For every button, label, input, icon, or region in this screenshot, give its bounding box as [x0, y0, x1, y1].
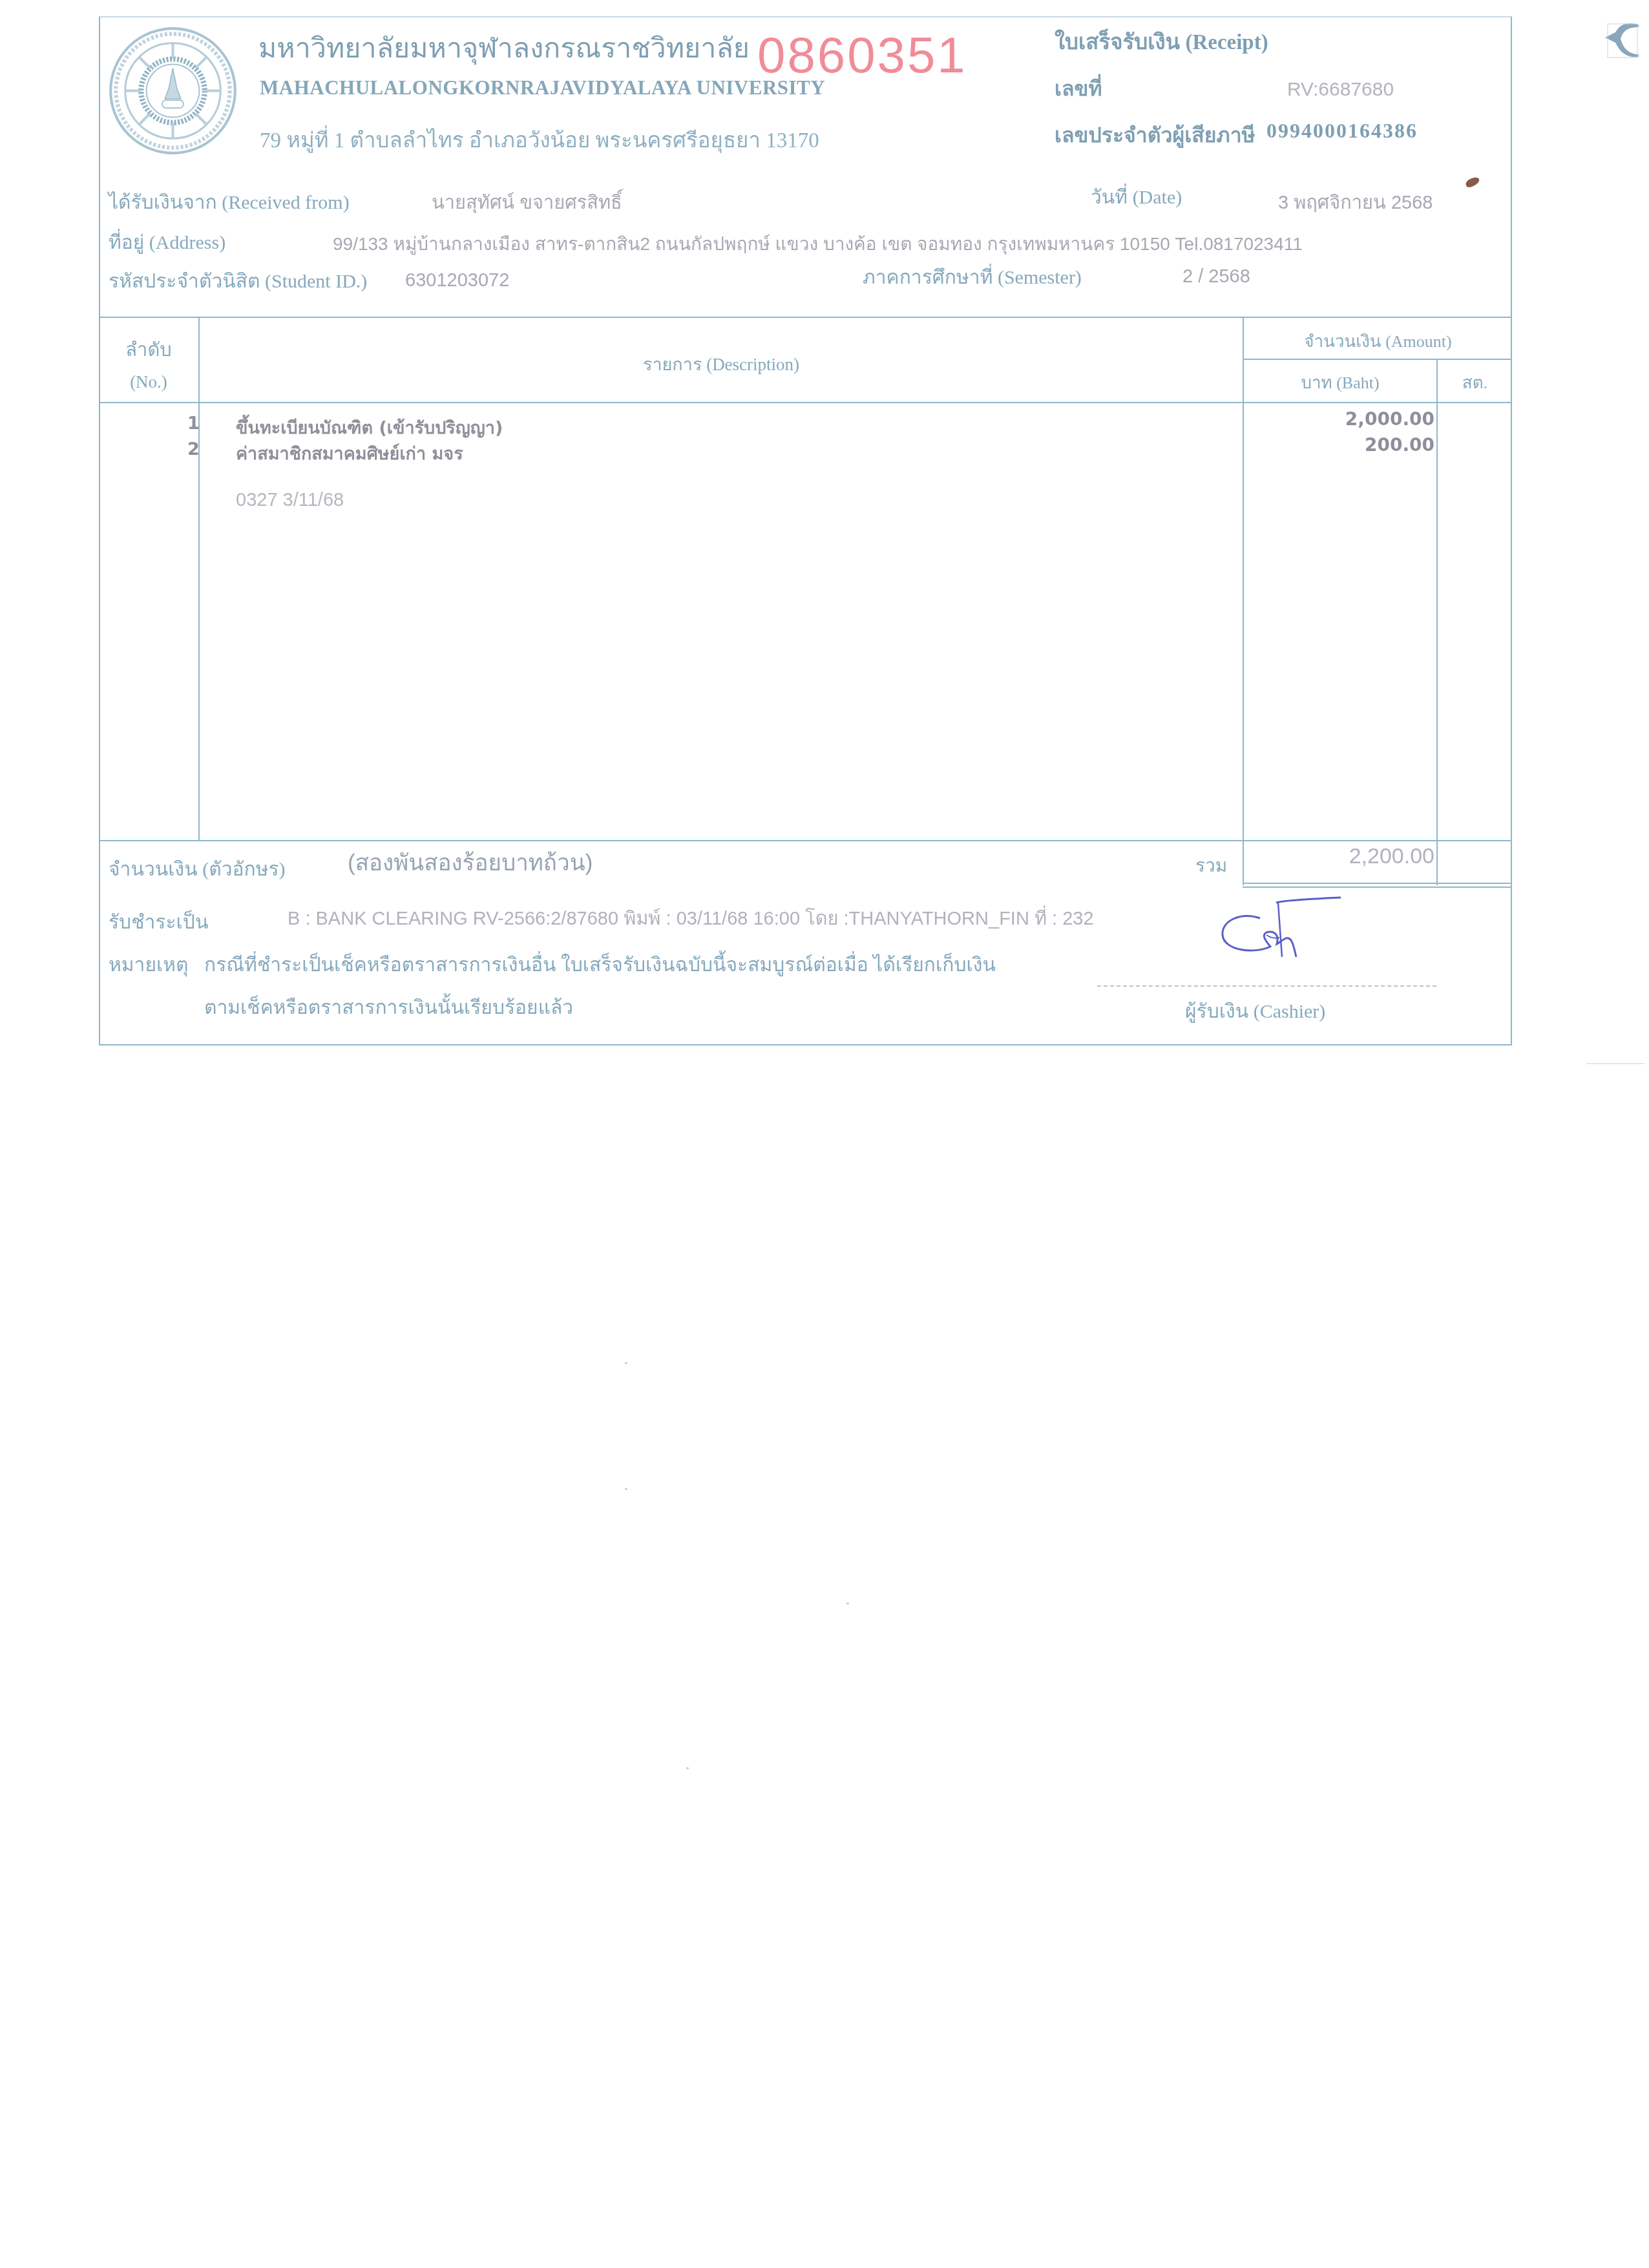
- semester-label: ภาคการศึกษาที่ (Semester): [863, 262, 1082, 293]
- amount-words-label: จำนวนเงิน (ตัวอักษร): [109, 854, 286, 885]
- tax-id-value: 0994000164386: [1266, 119, 1418, 143]
- receipt-number-value: RV:6687680: [1287, 79, 1394, 101]
- receipt-form: [99, 16, 1512, 1045]
- remark-line-1: กรณีที่ชำระเป็นเช็คหรือตราสารการเงินอื่น…: [204, 950, 996, 980]
- column-header-amount: จำนวนเงิน (Amount): [1244, 328, 1512, 355]
- scan-edge-line: [1586, 1063, 1644, 1064]
- table-body-bottom-border: [99, 840, 1512, 841]
- scan-speck: [686, 1767, 689, 1769]
- total-row-border-2: [1243, 887, 1512, 888]
- row-number: 1: [187, 414, 200, 434]
- column-header-baht: บาท (Baht): [1244, 370, 1436, 396]
- amount-column-divider: [1243, 317, 1244, 885]
- scan-speck: [625, 1362, 627, 1364]
- date-value: 3 พฤศจิกายน 2568: [1278, 187, 1433, 217]
- cashier-signature-line: [1097, 985, 1436, 987]
- university-seal-icon: [107, 25, 239, 157]
- cashier-label: ผู้รับเงิน (Cashier): [1185, 996, 1325, 1027]
- date-label: วันที่ (Date): [1091, 182, 1182, 213]
- total-row-border-1: [1243, 883, 1512, 884]
- row-number: 2: [187, 439, 200, 459]
- amount-words-value: (สองพันสองร้อยบาทถ้วน): [348, 845, 593, 881]
- satang-column-divider: [1436, 359, 1438, 885]
- row-amount-baht: 2,000.00: [1247, 408, 1434, 430]
- table-header-bottom-border: [99, 402, 1512, 403]
- row-amount-baht: 200.00: [1247, 434, 1434, 456]
- semester-value: 2 / 2568: [1182, 266, 1250, 288]
- received-from-value: นายสุทัศน์ ขจายศรสิทธิ์: [432, 187, 622, 217]
- scan-speck: [625, 1488, 627, 1490]
- column-header-no-thai: ลำดับ: [99, 335, 198, 364]
- address-label: ที่อยู่ (Address): [109, 227, 226, 258]
- amount-subheader-border: [1244, 359, 1512, 360]
- row-description: ค่าสมาชิกสมาคมศิษย์เก่า มจร: [236, 439, 463, 467]
- page-edge-mark-icon: [1601, 19, 1640, 65]
- receipt-number-label: เลขที่: [1055, 72, 1102, 105]
- column-header-satang: สต.: [1438, 370, 1512, 396]
- remark-label: หมายเหตุ: [109, 950, 189, 980]
- no-column-divider: [198, 317, 200, 840]
- payment-method-value: B : BANK CLEARING RV-2566:2/87680 พิมพ์ …: [288, 903, 1094, 933]
- university-name-thai: มหาวิทยาลัยมหาจุฬาลงกรณราชวิทยาลัย: [258, 26, 750, 70]
- table-top-border: [99, 317, 1512, 318]
- column-header-description: รายการ (Description): [200, 350, 1243, 378]
- received-from-label: ได้รับเงินจาก (Received from): [109, 187, 350, 218]
- payment-method-label: รับชำระเป็น: [109, 907, 208, 938]
- column-header-no-english: (No.): [99, 372, 198, 392]
- tax-id-label: เลขประจำตัวผู้เสียภาษี: [1055, 119, 1255, 152]
- remark-line-2: ตามเช็คหรือตราสารการเงินนั้นเรียบร้อยแล้…: [204, 992, 573, 1023]
- scan-speck: [846, 1602, 849, 1604]
- receipt-title: ใบเสร็จรับเงิน (Receipt): [1055, 25, 1268, 59]
- total-amount-value: 2,200.00: [1247, 844, 1434, 869]
- address-value: 99/133 หมู่บ้านกลางเมือง สาทร-ตากสิน2 ถน…: [333, 230, 1303, 258]
- university-name-english: MAHACHULALONGKORNRAJAVIDYALAYA UNIVERSIT…: [260, 76, 825, 100]
- student-id-label: รหัสประจำตัวนิสิต (Student ID.): [109, 266, 367, 297]
- row-description: ขึ้นทะเบียนบัณฑิต (เข้ารับปริญญา): [236, 414, 503, 441]
- university-address: 79 หมู่ที่ 1 ตำบลลำไทร อำเภอวังน้อย พระน…: [260, 123, 819, 157]
- student-id-value: 6301203072: [405, 270, 509, 291]
- total-label: รวม: [1195, 852, 1227, 880]
- table-note: 0327 3/11/68: [236, 490, 344, 511]
- cashier-signature-icon: [1215, 895, 1389, 972]
